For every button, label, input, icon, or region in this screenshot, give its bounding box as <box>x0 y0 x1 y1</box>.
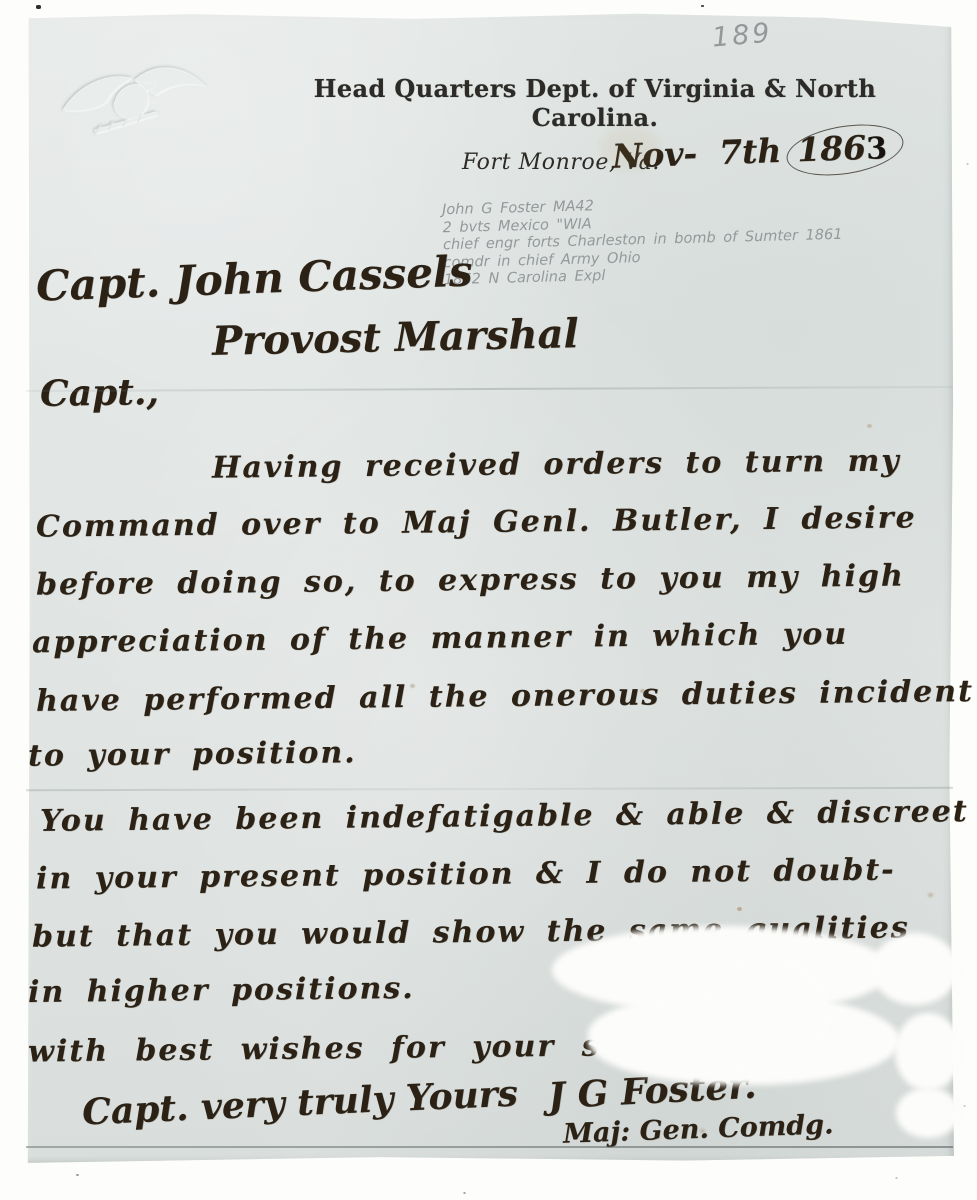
recipient-title: Provost Marshal <box>212 310 580 365</box>
paper-damage-patch <box>872 933 958 1005</box>
paper-damage-patch <box>700 955 830 1075</box>
fold-crease <box>26 1146 953 1148</box>
letterhead-title: Head Quarters Dept. of Virginia & North … <box>285 74 905 132</box>
salutation: Capt., <box>40 371 160 415</box>
body-line: in higher positions. <box>28 971 415 1010</box>
body-line: Having received orders to turn my <box>212 443 901 485</box>
letter-scan: { "scan": { "archival_number": "189" }, … <box>0 0 977 1200</box>
archival-number: 189 <box>711 17 774 53</box>
eagle-emboss-icon <box>55 48 220 158</box>
paper-damage-patch <box>896 1088 960 1138</box>
paper-damage-patch <box>895 1013 961 1091</box>
date-day: 7th <box>718 131 782 172</box>
pencil-notes: John G Foster MA42 2 bvts Mexico "WIA ch… <box>442 192 844 290</box>
paper-stain <box>600 126 660 170</box>
foxing-spots <box>737 907 742 911</box>
body-line: to your position. <box>28 735 357 773</box>
scanner-dust-specks <box>36 5 41 9</box>
